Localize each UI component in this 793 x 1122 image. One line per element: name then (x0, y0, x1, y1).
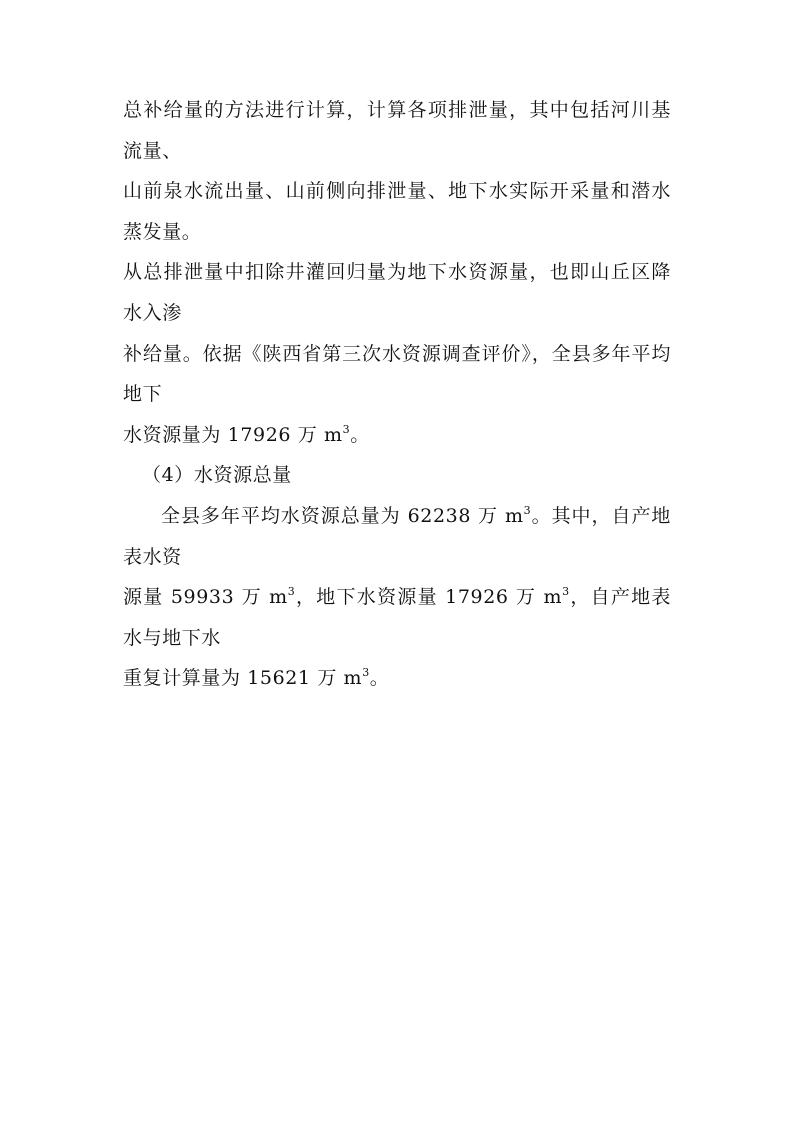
text-segment: 水资源量为 17926 万 m (123, 424, 343, 446)
paragraph-continued: 总补给量的方法进行计算，计算各项排泄量，其中包括河川基流量、 山前泉水流出量、山… (123, 90, 671, 455)
text-segment: 。 (370, 667, 390, 689)
superscript: 3 (562, 585, 570, 598)
text-line: 重复计算量为 15621 万 m3。 (123, 658, 671, 699)
text-segment: ，地下水资源量 17926 万 m (295, 586, 562, 608)
document-page: 总补给量的方法进行计算，计算各项排泄量，其中包括河川基流量、 山前泉水流出量、山… (123, 90, 671, 699)
text-segment: 全县多年平均水资源总量为 62238 万 m (161, 505, 524, 527)
section-heading: （4）水资源总量 (123, 455, 671, 496)
summary-paragraph: 全县多年平均水资源总量为 62238 万 m3。其中，自产地表水资 源量 599… (123, 496, 671, 699)
text-segment: 重复计算量为 15621 万 m (123, 667, 362, 689)
text-line-3: 从总排泄量中扣除井灌回归量为地下水资源量，也即山丘区降水入渗 (123, 252, 671, 333)
superscript: 3 (362, 666, 370, 679)
text-line: 全县多年平均水资源总量为 62238 万 m3。其中，自产地表水资 (123, 496, 671, 577)
text-line: 源量 59933 万 m3，地下水资源量 17926 万 m3，自产地表水与地下… (123, 577, 671, 658)
text-line-4: 补给量。依据《陕西省第三次水资源调查评价》，全县多年平均地下 (123, 334, 671, 415)
text-segment: 源量 59933 万 m (123, 586, 288, 608)
text-line-5: 水资源量为 17926 万 m3。 (123, 415, 671, 456)
text-line-1: 总补给量的方法进行计算，计算各项排泄量，其中包括河川基流量、 (123, 90, 671, 171)
text-segment: 。 (350, 424, 370, 446)
text-line-2: 山前泉水流出量、山前侧向排泄量、地下水实际开采量和潜水蒸发量。 (123, 171, 671, 252)
